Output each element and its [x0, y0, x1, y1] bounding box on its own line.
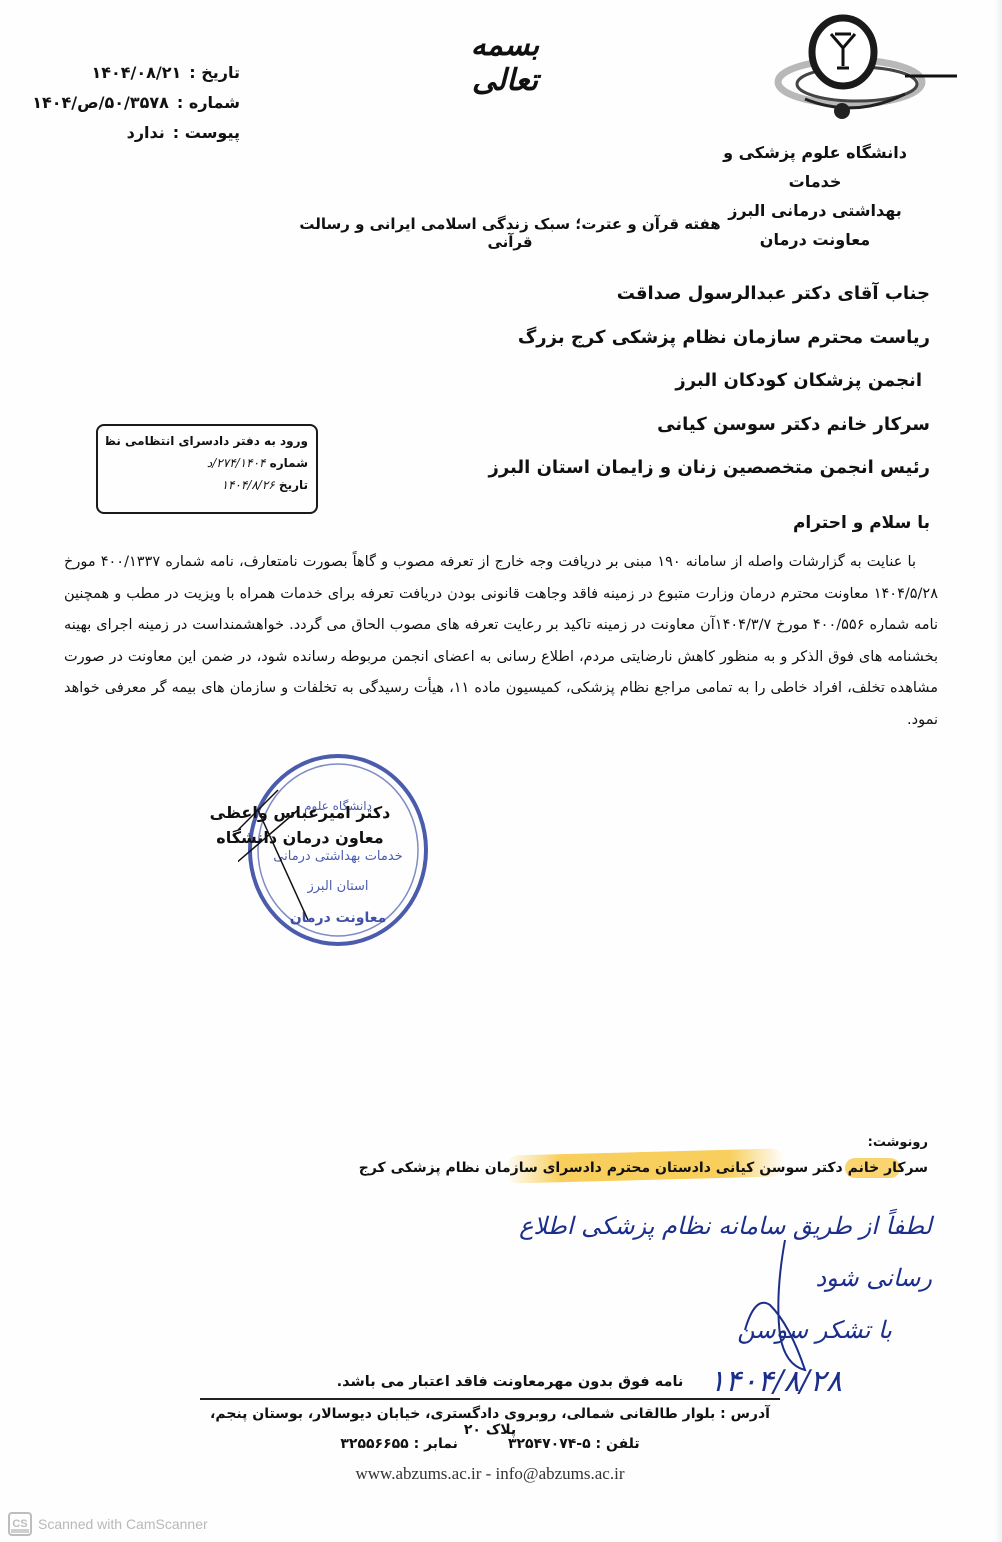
footer-web-email[interactable]: www.abzums.ac.ir - info@abzums.ac.ir [200, 1464, 780, 1484]
validity-note: نامه فوق بدون مهرمعاونت فاقد اعتبار می ب… [250, 1374, 770, 1390]
attachment-label: پیوست : [173, 118, 240, 148]
footer-phone: تلفن : ۵-۳۲۵۴۷۰۷۴ [508, 1436, 640, 1452]
signatory-name: دکتر امیرعباس واعظی [180, 800, 420, 825]
university-logo-icon [765, 14, 960, 124]
recipient-line: جناب آقای دکتر عبدالرسول صداقت [370, 272, 930, 316]
entry-stamp-number-label: شماره [270, 456, 308, 470]
handwritten-line: لطفاً از طریق سامانه نظام پزشکی اطلاع رس… [462, 1200, 932, 1304]
number-label: شماره : [177, 88, 240, 118]
footer-contacts: تلفن : ۵-۳۲۵۴۷۰۷۴ نمابر : ۳۲۵۵۶۶۵۵ [200, 1436, 780, 1452]
svg-text:استان البرز: استان البرز [306, 879, 368, 894]
camscanner-watermark: CS Scanned with CamScanner [8, 1512, 208, 1536]
body-paragraph: با عنایت به گزارشات واصله از سامانه ۱۹۰ … [64, 547, 938, 736]
attachment-value: ندارد [127, 118, 165, 148]
scan-edge [994, 0, 1002, 1542]
letter-body: با عنایت به گزارشات واصله از سامانه ۱۹۰ … [64, 547, 938, 736]
greeting: با سلام و احترام [793, 513, 930, 533]
official-seal-icon: دانشگاه علوم خدمات بهداشتی درمانی استان … [238, 750, 433, 950]
meta-date-row: تاریخ : ۱۴۰۴/۰۸/۲۱ [40, 58, 240, 88]
cc-recipient: سرکار خانم دکتر سوسن کیانی دادستان محترم… [359, 1160, 928, 1176]
entry-stamp-date-row: تاریخ ۱۴۰۴/۸/۲۶ [106, 474, 308, 496]
footer-fax: نمابر : ۳۲۵۵۶۶۵۵ [340, 1436, 458, 1452]
letter-meta: تاریخ : ۱۴۰۴/۰۸/۲۱ شماره : ۵۰/۳۵۷۸/ص/۱۴۰… [40, 58, 240, 148]
camscanner-logo-icon: CS [8, 1512, 32, 1536]
entry-stamp-title: ورود به دفتر دادسرای انتظامی نظام پزشکی … [106, 430, 308, 452]
number-value: ۵۰/۳۵۷۸/ص/۱۴۰۴ [32, 88, 169, 118]
date-label: تاریخ : [189, 58, 240, 88]
bismillah-heading: بسمه تعالی [440, 28, 570, 98]
letter-page: بسمه تعالی دانشگاه علوم پزشکی و خدمات به… [0, 0, 1002, 1542]
signatory-block: دکتر امیرعباس واعظی معاون درمان دانشگاه [180, 800, 420, 850]
entry-stamp-date-label: تاریخ [279, 478, 308, 492]
entry-stamp: ورود به دفتر دادسرای انتظامی نظام پزشکی … [96, 424, 318, 514]
meta-number-row: شماره : ۵۰/۳۵۷۸/ص/۱۴۰۴ [40, 88, 240, 118]
recipient-line: سرکار خانم دکتر سوسن کیانی [370, 403, 930, 447]
signatory-title: معاون درمان دانشگاه [180, 825, 420, 850]
entry-stamp-number-value: ۲۷۴/۱۴۰۴/د [207, 456, 266, 470]
handwritten-signature-icon [735, 1235, 855, 1375]
recipient-line: انجمن پزشکان کودکان البرز [370, 359, 930, 403]
svg-text:خدمات بهداشتی درمانی: خدمات بهداشتی درمانی [273, 849, 402, 864]
handwritten-line: با تشکر سوسن [462, 1304, 932, 1356]
organization-line: دانشگاه علوم پزشکی و خدمات [700, 138, 930, 196]
slogan: هفته قرآن و عترت؛ سبک زندگی اسلامی ایران… [280, 215, 740, 251]
meta-attachment-row: پیوست : ندارد [40, 118, 240, 148]
cc-label: رونوشت: [868, 1135, 928, 1150]
recipient-line: رئیس انجمن متخصصین زنان و زایمان استان ا… [370, 446, 930, 490]
entry-stamp-number-row: شماره ۲۷۴/۱۴۰۴/د [106, 452, 308, 474]
date-value: ۱۴۰۴/۰۸/۲۱ [91, 58, 181, 88]
entry-stamp-date-value: ۱۴۰۴/۸/۲۶ [222, 478, 275, 492]
recipient-line: ریاست محترم سازمان نظام پزشکی کرج بزرگ [370, 316, 930, 360]
recipients-block: جناب آقای دکتر عبدالرسول صداقت ریاست محت… [370, 272, 930, 490]
footer-address: آدرس : بلوار طالقانی شمالی، روبروی دادگس… [200, 1406, 780, 1438]
footer-divider [200, 1398, 780, 1400]
watermark-text: Scanned with CamScanner [38, 1516, 208, 1532]
